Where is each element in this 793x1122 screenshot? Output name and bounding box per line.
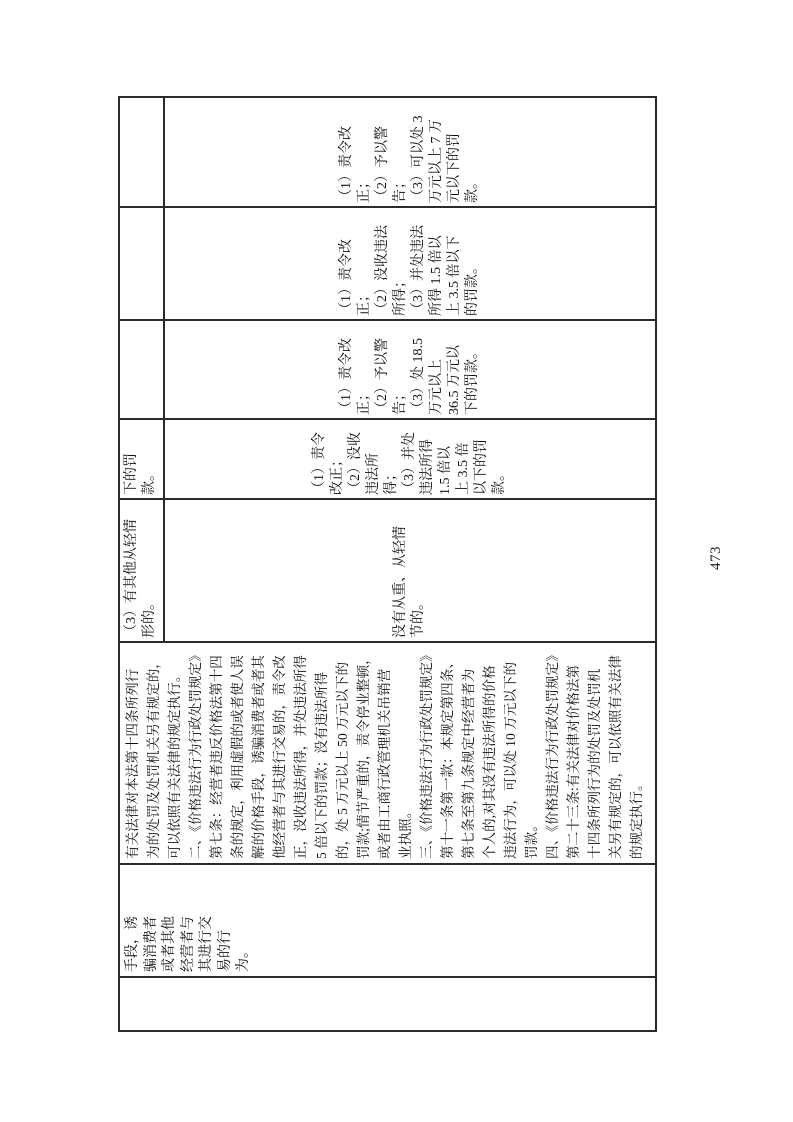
cell-penalty-4-main: （1）责令改 正； （2）予以警 告； （3）可以处 3 万元以上 7 万 元以… bbox=[165, 98, 655, 206]
table-col-violation-behavior: 手段，诱 骗消费者 或者其他 经营者与 其进行交 易的行 为。 bbox=[120, 863, 655, 976]
table-col-legal-basis: 有关法律对本法第十四条所列行 为的处罚及处罚机关另有规定的， 可以依照有关法律的… bbox=[120, 641, 655, 863]
cell-legal-basis: 有关法律对本法第十四条所列行 为的处罚及处罚机关另有规定的， 可以依照有关法律的… bbox=[120, 643, 655, 863]
cell-penalty-3-main: （1）责令改 正； （2）没收违法 所得； （3）并处违法 所得 1.5 倍以 … bbox=[165, 208, 655, 319]
table-col-index bbox=[120, 976, 655, 1030]
cell-circumstance-main: 没有从重、从轻情 节的。 bbox=[165, 500, 655, 641]
cell-index-empty bbox=[120, 978, 655, 1030]
rotated-landscape-content: 手段，诱 骗消费者 或者其他 经营者与 其进行交 易的行 为。 有关法律对本法第… bbox=[0, 0, 793, 1122]
table-col-penalty-1: 下的罚 款。 （1）责令 改正； （2）没收 违法所 得； （3）并处 违法所得… bbox=[120, 418, 655, 498]
table-col-penalty-4: （1）责令改 正； （2）予以警 告； （3）可以处 3 万元以上 7 万 元以… bbox=[120, 98, 655, 206]
cell-penalty-1-continuation: 下的罚 款。 bbox=[120, 420, 165, 498]
page-number: 473 bbox=[708, 546, 725, 570]
cell-penalty-1-main: （1）责令 改正； （2）没收 违法所 得； （3）并处 违法所得 1.5 倍以… bbox=[165, 420, 655, 498]
cell-circumstance-continuation: （3）有其他从轻情 形的。 bbox=[120, 500, 165, 641]
cell-violation-behavior: 手段，诱 骗消费者 或者其他 经营者与 其进行交 易的行 为。 bbox=[120, 865, 655, 976]
cell-penalty-3-continuation bbox=[120, 208, 165, 319]
cell-penalty-4-continuation bbox=[120, 98, 165, 206]
table-col-circumstance: （3）有其他从轻情 形的。 没有从重、从轻情 节的。 bbox=[120, 498, 655, 641]
table-col-penalty-2: （1）责令改 正； （2）予以警 告； （3）处 18.5 万元以上 36.5 … bbox=[120, 319, 655, 418]
cell-penalty-2-main: （1）责令改 正； （2）予以警 告； （3）处 18.5 万元以上 36.5 … bbox=[165, 321, 655, 418]
penalty-table: 手段，诱 骗消费者 或者其他 经营者与 其进行交 易的行 为。 有关法律对本法第… bbox=[118, 96, 657, 1032]
document-page: 手段，诱 骗消费者 或者其他 经营者与 其进行交 易的行 为。 有关法律对本法第… bbox=[0, 0, 793, 1122]
table-col-penalty-3: （1）责令改 正； （2）没收违法 所得； （3）并处违法 所得 1.5 倍以 … bbox=[120, 206, 655, 319]
cell-penalty-2-continuation bbox=[120, 321, 165, 418]
